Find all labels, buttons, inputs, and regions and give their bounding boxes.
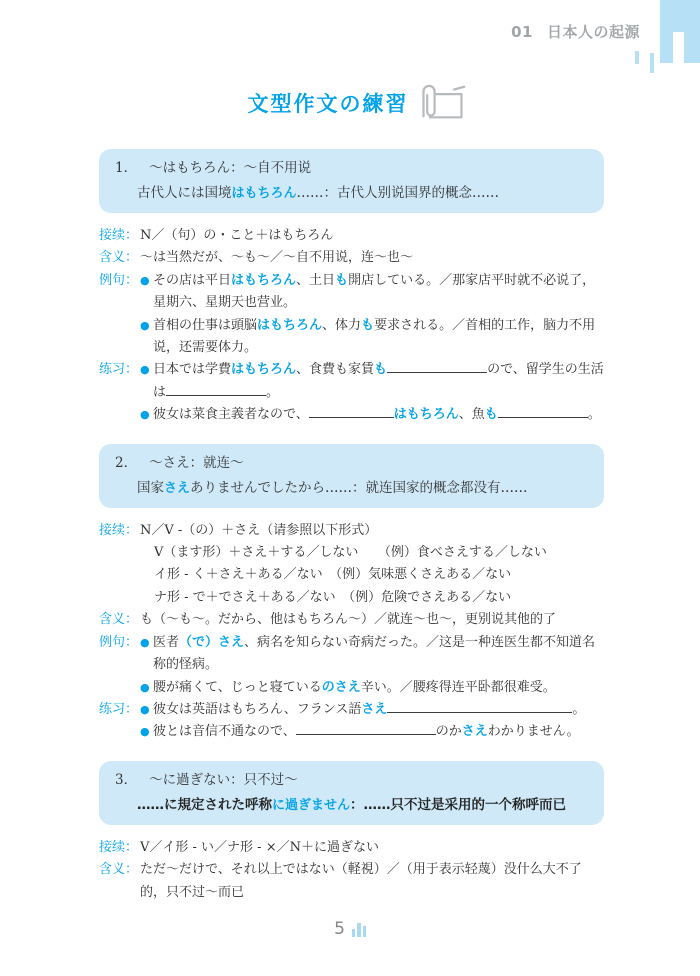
blank-underline <box>166 382 266 396</box>
text-run: N／V -（の）＋さえ（请参照以下形式） <box>140 523 377 538</box>
connect-label: 接续： <box>99 225 140 247</box>
bullet-icon: ● <box>140 404 150 426</box>
text-run: ……に規定された呼称 <box>137 797 272 813</box>
practice-sentence: ● 彼女は英語はもちろん、フランス語さえ。 <box>140 699 604 721</box>
section-title-line: 3．〜に過ぎない：只不过〜 <box>115 769 588 792</box>
highlight-text: も <box>361 318 374 333</box>
example-label: 例句： <box>99 270 140 360</box>
text-run: も（〜も〜。だから、他はもちろん〜）／就连〜也〜，更别说其他的了 <box>140 612 556 627</box>
bullet-icon: ● <box>140 632 150 654</box>
deco-block-leg-left <box>660 32 673 63</box>
highlight-text: も <box>374 362 387 377</box>
row-practice: 练习： ● 日本では学費はもちろん、食費も家賃もので、留学生の生活は。 ● 彼女… <box>99 359 604 426</box>
blank-underline <box>387 359 487 373</box>
deco-block-leg-right <box>684 32 700 63</box>
highlight-text: はもちろん <box>394 407 459 422</box>
text-run: 医者 <box>153 635 179 650</box>
text-run: 日本では学費 <box>153 362 231 377</box>
connect-line: V（ます形）＋さえ＋する／しない （例）食べさえする／しない <box>140 542 604 564</box>
text-run: 国家 <box>137 480 164 496</box>
section-number: 3． <box>115 772 137 788</box>
text-run: イ形 - く＋さえ＋ある／ない （例）気味悪くさえある／ない <box>154 567 511 582</box>
text-run: V／イ形 - い／ナ形 - ×／N＋に過ぎない <box>140 840 379 855</box>
highlight-text: （で）さえ <box>179 635 244 650</box>
highlight-text: のさえ <box>322 680 361 695</box>
deco-bar-tall <box>650 53 654 73</box>
connect-line: V／イ形 - い／ナ形 - ×／N＋に過ぎない <box>140 837 604 859</box>
highlight-text: はもちろん <box>231 273 296 288</box>
row-connect: 接续： N／V -（の）＋さえ（请参照以下形式） V（ます形）＋さえ＋する／しな… <box>99 520 604 610</box>
section-number: 1． <box>115 160 137 176</box>
bullet-icon: ● <box>140 315 150 337</box>
row-example: 例句： ● その店は平日はもちろん、土日も開店している。／那家店平时就不必说了，… <box>99 270 604 360</box>
row-practice: 练习： ● 彼女は英語はもちろん、フランス語さえ。 ● 彼とは音信不通なので、の… <box>99 699 604 744</box>
text-run: 辛い。／腰疼得连平卧都很难受。 <box>361 680 556 695</box>
deco-block-large <box>660 0 700 32</box>
grammar-box-2: 2．〜さえ：就连〜 国家さえありませんでしたから……：就连国家的概念都没有…… <box>99 444 604 508</box>
bullet-icon: ● <box>140 699 150 721</box>
section-pattern: 〜さえ：就连〜 <box>149 455 244 471</box>
text-run: ：……只不过是采用的一个称呼而已 <box>350 797 566 813</box>
highlight-text: はもちろん <box>232 186 297 201</box>
bullet-icon: ● <box>140 721 150 743</box>
title-row: 文型作文の練習 <box>0 82 700 123</box>
chapter-number: 01 <box>511 23 533 41</box>
highlight-text: も <box>335 273 348 288</box>
grammar-box-3: 3．〜に過ぎない：只不过〜 ……に規定された呼称に過ぎません：……只不过是采用的… <box>99 761 604 825</box>
row-meaning: 含义： 〜は当然だが、〜も〜／〜自不用说，连〜也〜 <box>99 247 604 269</box>
text-run: 彼とは音信不通なので、 <box>153 724 296 739</box>
highlight-text: はもちろん <box>231 362 296 377</box>
text-run: 古代人には国境 <box>137 185 232 201</box>
connect-line: ナ形 - で＋でさえ＋ある／ない （例）危険でさえある／ない <box>140 587 604 609</box>
highlight-text: さえ <box>462 724 488 739</box>
row-example: 例句： ● 医者（で）さえ、病名を知らない奇病だった。／这是一种连医生都不知道名… <box>99 632 604 699</box>
example-sentence: ● 腰が痛くて、じっと寝ているのさえ辛い。／腰疼得连平卧都很难受。 <box>140 677 604 699</box>
example-sentence: ● 医者（で）さえ、病名を知らない奇病だった。／这是一种连医生都不知道名称的怪病… <box>140 632 604 677</box>
example-label: 例句： <box>99 632 140 699</box>
sentence-text: 首相の仕事は頭脳はもちろん、体力も要求される。／首相的工作，脑力不用说，还需要体… <box>153 318 595 355</box>
text-run: わかりません。 <box>488 724 580 739</box>
practice-sentence: ● 彼女は菜食主義者なので、はもちろん、魚も。 <box>140 404 604 426</box>
page-footer: 5 <box>0 921 700 938</box>
meaning-label: 含义： <box>99 859 140 904</box>
section-title-line: 1．〜はもちろん：〜自不用说 <box>115 157 588 180</box>
highlight-text: さえ <box>164 481 190 496</box>
page-number: 5 <box>334 921 345 938</box>
text-run: 。 <box>266 385 279 400</box>
text-run: ありませんでしたから……：就连国家的概念都没有…… <box>190 480 528 496</box>
section-title-line: 2．〜さえ：就连〜 <box>115 452 588 475</box>
text-run: 腰が痛くて、じっと寝ている <box>153 680 322 695</box>
meaning-line: ただ〜だけで、それ以上ではない（軽視）／（用于表示轻蔑）没什么大不了的，只不过〜… <box>140 859 604 904</box>
deco-bar-small <box>635 51 639 64</box>
section-pattern: 〜はもちろん：〜自不用说 <box>149 160 311 176</box>
highlight-text: も <box>485 407 498 422</box>
main-content: 1．〜はもちろん：〜自不用说 古代人には国境はもちろん……：古代人别说国界的概念… <box>99 149 604 904</box>
bullet-icon: ● <box>140 359 150 381</box>
sentence-text: 腰が痛くて、じっと寝ているのさえ辛い。／腰疼得连平卧都很难受。 <box>153 680 556 695</box>
text-run: 〜は当然だが、〜も〜／〜自不用说，连〜也〜 <box>140 250 413 265</box>
text-run: 彼女は菜食主義者なので、 <box>153 407 309 422</box>
section-example-line: 国家さえありませんでしたから……：就连国家的概念都没有…… <box>115 477 588 500</box>
practice-sentence: ● 彼とは音信不通なので、のかさえわかりません。 <box>140 721 604 743</box>
blank-underline <box>309 404 394 418</box>
blank-underline <box>387 699 572 713</box>
text-run: 。 <box>588 407 601 422</box>
practice-label: 练习： <box>99 359 140 426</box>
page-header: 01日本人の起源 <box>511 21 640 42</box>
sentence-text: その店は平日はもちろん、土日も開店している。／那家店平时就不必说了，星期六、星期… <box>153 273 595 310</box>
page-title: 文型作文の練習 <box>248 88 409 118</box>
row-connect: 接续： V／イ形 - い／ナ形 - ×／N＋に過ぎない <box>99 837 604 859</box>
section-1-details: 接续： N／（句）の・こと＋はもちろん 含义： 〜は当然だが、〜も〜／〜自不用说… <box>99 225 604 427</box>
bullet-icon: ● <box>140 270 150 292</box>
meaning-label: 含义： <box>99 609 140 631</box>
text-run: 、体力 <box>322 318 361 333</box>
practice-label: 练习： <box>99 699 140 744</box>
connect-label: 接续： <box>99 837 140 859</box>
row-connect: 接续： N／（句）の・こと＋はもちろん <box>99 225 604 247</box>
bullet-icon: ● <box>140 677 150 699</box>
practice-sentence: ● 日本では学費はもちろん、食費も家賃もので、留学生の生活は。 <box>140 359 604 404</box>
connect-label: 接续： <box>99 520 140 610</box>
text-run: 、食費も家賃 <box>296 362 374 377</box>
highlight-text: はもちろん <box>257 318 322 333</box>
text-run: 、魚 <box>459 407 485 422</box>
text-run: ……：古代人别说国界的概念…… <box>297 185 500 201</box>
text-run: V（ます形）＋さえ＋する／しない （例）食べさえする／しない <box>154 545 547 560</box>
mini-bar-chart-icon <box>352 923 366 938</box>
text-run: 、土日 <box>296 273 335 288</box>
example-sentence: ● 首相の仕事は頭脳はもちろん、体力も要求される。／首相的工作，脑力不用说，还需… <box>140 315 604 360</box>
paperclip-folder-icon <box>417 82 467 123</box>
grammar-box-1: 1．〜はもちろん：〜自不用说 古代人には国境はもちろん……：古代人别说国界的概念… <box>99 149 604 213</box>
connect-line: N／（句）の・こと＋はもちろん <box>140 225 604 247</box>
section-2-details: 接续： N／V -（の）＋さえ（请参照以下形式） V（ます形）＋さえ＋する／しな… <box>99 520 604 744</box>
meaning-label: 含义： <box>99 247 140 269</box>
connect-line: N／V -（の）＋さえ（请参照以下形式） <box>140 520 604 542</box>
text-run: 彼女は英語はもちろん、フランス語 <box>153 702 361 717</box>
example-sentence: ● その店は平日はもちろん、土日も開店している。／那家店平时就不必说了，星期六、… <box>140 270 604 315</box>
meaning-line: も（〜も〜。だから、他はもちろん〜）／就连〜也〜，更别说其他的了 <box>140 609 604 631</box>
text-run: N／（句）の・こと＋はもちろん <box>140 228 333 243</box>
section-example-line: ……に規定された呼称に過ぎません：……只不过是采用的一个称呼而已 <box>115 794 588 817</box>
text-run: のか <box>436 724 462 739</box>
sentence-text: 医者（で）さえ、病名を知らない奇病だった。／这是一种连医生都不知道名称的怪病。 <box>153 635 595 672</box>
sentence-text: 日本では学費はもちろん、食費も家賃もので、留学生の生活は。 <box>153 362 604 399</box>
sentence-text: 彼女は菜食主義者なので、はもちろん、魚も。 <box>153 407 601 422</box>
blank-underline <box>296 721 436 735</box>
chapter-title: 日本人の起源 <box>547 23 640 41</box>
text-run: ナ形 - で＋でさえ＋ある／ない （例）危険でさえある／ない <box>154 590 511 605</box>
meaning-line: 〜は当然だが、〜も〜／〜自不用说，连〜也〜 <box>140 247 604 269</box>
connect-line: イ形 - く＋さえ＋ある／ない （例）気味悪くさえある／ない <box>140 564 604 586</box>
text-run: 首相の仕事は頭脳 <box>153 318 257 333</box>
section-number: 2． <box>115 455 137 471</box>
text-run: 。 <box>572 702 585 717</box>
section-example-line: 古代人には国境はもちろん……：古代人别说国界的概念…… <box>115 182 588 205</box>
blank-underline <box>498 404 588 418</box>
text-run: ただ〜だけで、それ以上ではない（軽視）／（用于表示轻蔑）没什么大不了的，只不过〜… <box>140 862 582 899</box>
row-meaning: 含义： も（〜も〜。だから、他はもちろん〜）／就连〜也〜，更别说其他的了 <box>99 609 604 631</box>
row-meaning: 含义： ただ〜だけで、それ以上ではない（軽視）／（用于表示轻蔑）没什么大不了的，… <box>99 859 604 904</box>
text-run: その店は平日 <box>153 273 231 288</box>
highlight-text: に過ぎません <box>272 798 350 813</box>
highlight-text: さえ <box>361 702 387 717</box>
sentence-text: 彼女は英語はもちろん、フランス語さえ。 <box>153 702 585 717</box>
section-3-details: 接续： V／イ形 - い／ナ形 - ×／N＋に過ぎない 含义： ただ〜だけで、そ… <box>99 837 604 904</box>
sentence-text: 彼とは音信不通なので、のかさえわかりません。 <box>153 724 580 739</box>
section-pattern: 〜に過ぎない：只不过〜 <box>149 772 298 788</box>
